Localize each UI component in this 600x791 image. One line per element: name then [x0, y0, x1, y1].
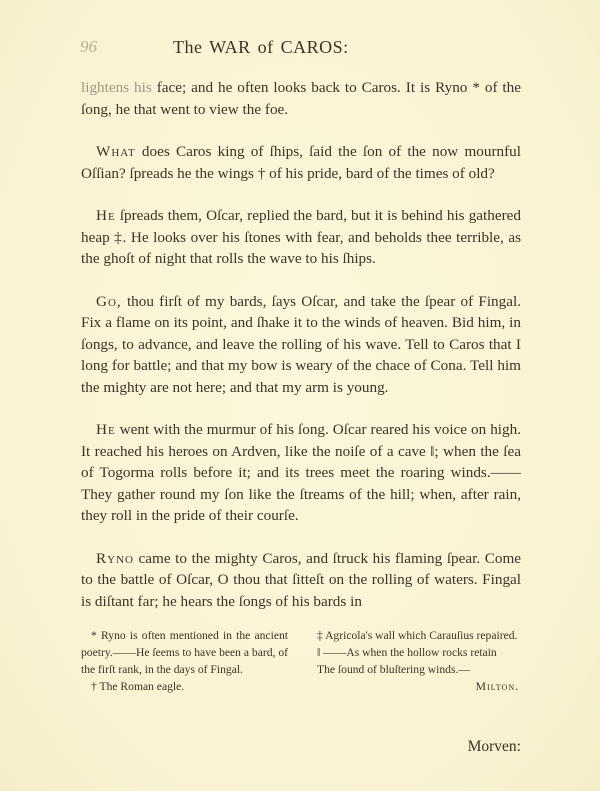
paragraph-lead: He — [96, 421, 116, 438]
paragraph-text: thou firſt of my bards, ſays Oſcar, and … — [81, 293, 521, 396]
footnotes-right-column: ‡ Agricola's wall which Carauſius repair… — [307, 627, 521, 695]
paragraph-6: Ryno came to the mighty Caros, and ſtruc… — [81, 548, 521, 613]
footnote-text: The Roman eagle. — [100, 680, 185, 693]
footnote-parallel: ‖ ——As when the hollow rocks retainThe ſ… — [307, 644, 521, 695]
footnote-dagger: † The Roman eagle. — [81, 678, 288, 695]
paragraph-text: ſpreads them, Oſcar, replied the bard, b… — [81, 207, 521, 267]
paragraph-lead: What — [96, 143, 136, 160]
running-title: The WAR of CAROS: — [173, 37, 349, 58]
verse-line: The ſound of bluſtering winds.— — [307, 661, 521, 678]
paragraph-text: went with the murmur of his ſong. Oſcar … — [81, 421, 521, 524]
book-page: 96 The WAR of CAROS: lightens his face; … — [0, 0, 600, 791]
footnote-mark: † — [91, 680, 97, 693]
paragraph-lead: Go, — [96, 293, 122, 310]
verse-line: ——As when the hollow rocks retain — [323, 646, 497, 659]
paragraph-5: He went with the murmur of his ſong. Oſc… — [81, 419, 521, 527]
footnote-text: Agricola's wall which Carauſius repaired… — [325, 629, 517, 642]
faded-text: lightens his — [81, 79, 152, 96]
main-text: lightens his face; and he often looks ba… — [81, 77, 521, 612]
paragraph-2: What does Caros king of ſhips, ſaid the … — [81, 141, 521, 184]
paragraph-4: Go, thou firſt of my bards, ſays Oſcar, … — [81, 291, 521, 399]
paragraph-lead: Ryno — [96, 550, 134, 567]
paragraph-3: He ſpreads them, Oſcar, replied the bard… — [81, 205, 521, 270]
page-number: 96 — [80, 37, 97, 57]
attribution: Milton. — [307, 678, 521, 695]
catchword: Morven: — [468, 738, 521, 756]
footnote-asterisk: * Ryno is often mentioned in the ancient… — [81, 627, 288, 678]
paragraph-text: came to the mighty Caros, and ſtruck his… — [81, 550, 521, 610]
footnote-text: Ryno is often mentioned in the ancient p… — [81, 629, 288, 676]
footnote-mark: * — [91, 629, 97, 642]
footnote-mark: ‖ — [317, 646, 320, 659]
footnotes-left-column: * Ryno is often mentioned in the ancient… — [81, 627, 288, 695]
page-header: 96 The WAR of CAROS: — [80, 37, 540, 61]
paragraph-text: does Caros king of ſhips, ſaid the ſon o… — [81, 143, 521, 182]
paragraph-1: lightens his face; and he often looks ba… — [81, 77, 521, 120]
paragraph-lead: He — [96, 207, 116, 224]
footnote-double-dagger: ‡ Agricola's wall which Carauſius repair… — [307, 627, 521, 644]
footnote-mark: ‡ — [317, 629, 323, 642]
